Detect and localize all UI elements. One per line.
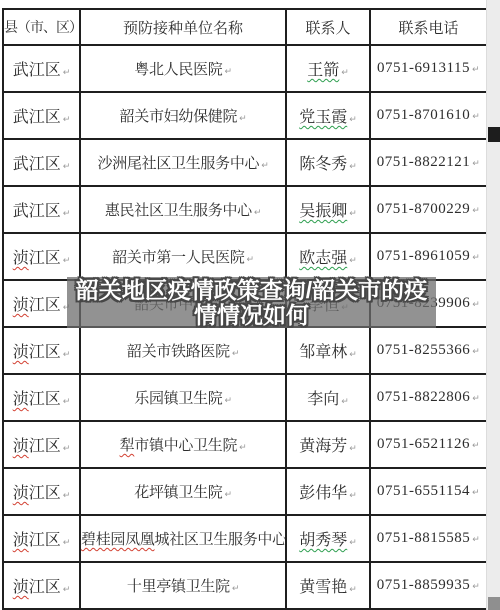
- cell-text: 0751-8815585: [377, 530, 471, 546]
- paragraph-mark-icon: ↵: [224, 490, 231, 500]
- paragraph-mark-icon: ↵: [63, 209, 71, 219]
- cell-text: 0751-6913115: [377, 60, 470, 76]
- paragraph-mark-icon: ↵: [349, 115, 357, 125]
- paragraph-mark-icon: ↵: [349, 209, 357, 219]
- cell-text: 王箭: [307, 62, 339, 79]
- cell-text: 陈冬秀: [299, 156, 347, 173]
- paragraph-mark-icon: ↵: [349, 585, 357, 595]
- spellcheck-squiggle: 王箭: [307, 62, 339, 79]
- phone-cell: 0751-8255366↵: [370, 327, 487, 374]
- paragraph-mark-icon: ↵: [472, 441, 480, 451]
- spellcheck-squiggle: 浈: [13, 438, 29, 455]
- paragraph-mark-icon: ↵: [63, 256, 71, 266]
- paragraph-mark-icon: ↵: [349, 444, 357, 454]
- table-row: 浈江区↵韶关市第一人民医院↵欧志强↵0751-8961059↵: [3, 233, 487, 280]
- unit-name-cell: 惠民社区卫生服务中心↵: [80, 186, 286, 233]
- table-row: 武江区↵韶关市妇幼保健院↵党玉霞↵0751-8701610↵: [3, 92, 487, 139]
- spellcheck-squiggle: 浈: [13, 485, 29, 502]
- paragraph-mark-icon: ↵: [63, 538, 71, 548]
- table-row: 浈江区↵花坪镇卫生院↵彭伟华↵0751-6551154↵: [3, 468, 487, 515]
- district-cell: 浈江区↵: [3, 374, 80, 421]
- paragraph-mark-icon: ↵: [63, 491, 71, 501]
- table-row: 武江区↵沙洲尾社区卫生服务中心↵陈冬秀↵0751-8822121↵: [3, 139, 487, 186]
- cell-text: 惠民社区卫生服务中心: [105, 203, 252, 219]
- cell-text: 彭伟华: [299, 485, 347, 502]
- header-unit-name: 预防接种单位名称: [80, 9, 286, 45]
- paragraph-mark-icon: ↵: [349, 256, 357, 266]
- cell-text: 花坪镇卫生院: [134, 485, 222, 501]
- cell-text: 浈江区: [13, 532, 61, 549]
- phone-cell: 0751-8822806↵: [370, 374, 487, 421]
- unit-name-cell: 粤北人民医院↵: [80, 45, 286, 92]
- table-row: 浈江区↵碧桂园凤凰城社区卫生服务中心↵胡秀琴↵0751-8815585↵: [3, 515, 487, 562]
- spellcheck-squiggle: 浈: [13, 344, 29, 361]
- spellcheck-squiggle: 浈: [13, 297, 29, 314]
- paragraph-mark-icon: ↵: [63, 115, 71, 125]
- cell-text: 黄雪艳: [299, 579, 347, 596]
- cell-text: 李向: [307, 391, 339, 408]
- paragraph-mark-icon: ↵: [239, 114, 246, 124]
- contact-cell: 李向↵: [286, 374, 370, 421]
- header-district: 县（市、区）: [3, 9, 80, 45]
- cell-text: 十里亭镇卫生院: [127, 579, 230, 595]
- spellcheck-squiggle: 浈: [13, 250, 29, 267]
- cell-text: 0751-8822806: [377, 389, 471, 405]
- header-phone: 联系电话: [370, 9, 487, 45]
- cell-text: 浈江区: [13, 438, 61, 455]
- phone-cell: 0751-8701610↵: [370, 92, 487, 139]
- district-cell: 武江区↵: [3, 92, 80, 139]
- paragraph-mark-icon: ↵: [472, 253, 480, 263]
- phone-cell: 0751-6521126↵: [370, 421, 487, 468]
- cell-text: 0751-8700229: [377, 201, 471, 217]
- paragraph-mark-icon: ↵: [472, 300, 480, 310]
- table-row: 浈江区↵十里亭镇卫生院↵黄雪艳↵0751-8859935↵: [3, 562, 487, 609]
- table-row: 浈江区↵犁市镇中心卫生院↵黄海芳↵0751-6521126↵: [3, 421, 487, 468]
- spellcheck-squiggle: 党玉霞: [299, 109, 347, 126]
- scrollbar-mark[interactable]: [488, 127, 500, 142]
- district-cell: 武江区↵: [3, 186, 80, 233]
- paragraph-mark-icon: ↵: [472, 582, 480, 592]
- cell-text: 邹章林: [299, 344, 347, 361]
- phone-cell: 0751-6913115↵: [370, 45, 487, 92]
- paragraph-mark-icon: ↵: [224, 396, 231, 406]
- cell-text: 0751-8701610: [377, 107, 471, 123]
- phone-cell: 0751-8859935↵: [370, 562, 487, 609]
- cell-text: 0751-6521126: [377, 436, 470, 452]
- contact-cell: 黄海芳↵: [286, 421, 370, 468]
- paragraph-mark-icon: ↵: [349, 162, 357, 172]
- paragraph-mark-icon: ↵: [63, 585, 71, 595]
- caption-line-1: 韶关地区疫情政策查询/韶关市的疫: [76, 278, 427, 303]
- phone-cell: 0751-8822121↵: [370, 139, 487, 186]
- spellcheck-squiggle: 吴振卿: [299, 203, 347, 220]
- phone-cell: 0751-8815585↵: [370, 515, 487, 562]
- spellcheck-squiggle: 浈: [13, 532, 29, 549]
- cell-text: 0751-8822121: [377, 154, 471, 170]
- cell-text: 武江区: [13, 156, 61, 173]
- cell-text: 武江区: [13, 62, 61, 79]
- paragraph-mark-icon: ↵: [224, 67, 231, 77]
- paragraph-mark-icon: ↵: [472, 394, 480, 404]
- cell-text: 韶关市妇幼保健院: [120, 109, 238, 125]
- contact-cell: 欧志强↵: [286, 233, 370, 280]
- cell-text: 0751-8961059: [377, 248, 471, 264]
- cell-text: 吴振卿: [299, 203, 347, 220]
- cell-text: 韶关市铁路医院: [127, 344, 230, 360]
- spellcheck-squiggle: 胡秀琴: [299, 532, 347, 549]
- table-row: 武江区↵粤北人民医院↵王箭↵0751-6913115↵: [3, 45, 487, 92]
- paragraph-mark-icon: ↵: [63, 397, 71, 407]
- paragraph-mark-icon: ↵: [341, 397, 349, 407]
- unit-name-cell: 韶关市铁路医院↵: [80, 327, 286, 374]
- paragraph-mark-icon: ↵: [349, 350, 357, 360]
- cell-text: 党玉霞: [299, 109, 347, 126]
- cell-text: 浈江区: [13, 485, 61, 502]
- scrollbar-track[interactable]: [486, 0, 500, 610]
- contact-cell: 邹章林↵: [286, 327, 370, 374]
- district-cell: 浈江区↵: [3, 515, 80, 562]
- district-cell: 武江区↵: [3, 45, 80, 92]
- unit-name-cell: 韶关市妇幼保健院↵: [80, 92, 286, 139]
- contact-cell: 党玉霞↵: [286, 92, 370, 139]
- paragraph-mark-icon: ↵: [349, 538, 357, 548]
- table-row: 浈江区↵韶关市铁路医院↵邹章林↵0751-8255366↵: [3, 327, 487, 374]
- unit-name-cell: 花坪镇卫生院↵: [80, 468, 286, 515]
- caption-overlay: 韶关地区疫情政策查询/韶关市的疫 情情况如何: [67, 277, 436, 328]
- spellcheck-squiggle: 欧志强: [299, 250, 347, 267]
- table-header-row: 县（市、区） 预防接种单位名称 联系人 联系电话: [3, 9, 487, 45]
- district-cell: 浈江区↵: [3, 421, 80, 468]
- cell-text: 0751-6551154: [377, 483, 470, 499]
- cell-text: 乐园镇卫生院: [134, 391, 222, 407]
- table-row: 武江区↵惠民社区卫生服务中心↵吴振卿↵0751-8700229↵: [3, 186, 487, 233]
- contact-cell: 黄雪艳↵: [286, 562, 370, 609]
- paragraph-mark-icon: ↵: [247, 255, 254, 265]
- unit-name-cell: 碧桂园凤凰城社区卫生服务中心↵: [80, 515, 286, 562]
- cell-text: 沙洲尾社区卫生服务中心: [98, 156, 260, 172]
- district-cell: 浈江区↵: [3, 327, 80, 374]
- unit-name-cell: 沙洲尾社区卫生服务中心↵: [80, 139, 286, 186]
- phone-cell: 0751-8961059↵: [370, 233, 487, 280]
- spellcheck-squiggle: 碧桂园凤凰: [81, 532, 155, 548]
- paragraph-mark-icon: ↵: [63, 162, 71, 172]
- cell-text: 0751-8859935: [377, 577, 471, 593]
- district-cell: 浈江区↵: [3, 468, 80, 515]
- paragraph-mark-icon: ↵: [341, 68, 349, 78]
- cell-text: 武江区: [13, 109, 61, 126]
- caption-line-2: 情情况如何: [194, 303, 309, 328]
- cell-text: 黄海芳: [299, 438, 347, 455]
- cell-text: 浈江区: [13, 391, 61, 408]
- paragraph-mark-icon: ↵: [472, 112, 480, 122]
- paragraph-mark-icon: ↵: [239, 443, 246, 453]
- cell-text: 胡秀琴: [299, 532, 347, 549]
- district-cell: 武江区↵: [3, 139, 80, 186]
- cell-text: 韶关市第一人民医院: [112, 250, 244, 266]
- document-page: 县（市、区） 预防接种单位名称 联系人 联系电话 武江区↵粤北人民医院↵王箭↵0…: [0, 0, 500, 610]
- district-cell: 浈江区↵: [3, 562, 80, 609]
- unit-name-cell: 韶关市第一人民医院↵: [80, 233, 286, 280]
- cell-text: 碧桂园凤凰城社区卫生服务中心: [81, 532, 286, 548]
- cell-text: 浈江区: [13, 250, 61, 267]
- paragraph-mark-icon: ↵: [472, 206, 480, 216]
- paragraph-mark-icon: ↵: [472, 535, 480, 545]
- cell-text: 0751-8255366: [377, 342, 471, 358]
- scrollbar-thumb[interactable]: [488, 597, 500, 610]
- paragraph-mark-icon: ↵: [63, 350, 71, 360]
- paragraph-mark-icon: ↵: [63, 444, 71, 454]
- table-row: 浈江区↵乐园镇卫生院↵李向↵0751-8822806↵: [3, 374, 487, 421]
- unit-name-cell: 乐园镇卫生院↵: [80, 374, 286, 421]
- paragraph-mark-icon: ↵: [63, 68, 71, 78]
- paragraph-mark-icon: ↵: [232, 584, 239, 594]
- paragraph-mark-icon: ↵: [232, 349, 239, 359]
- cell-text: 浈江区: [13, 344, 61, 361]
- contact-cell: 陈冬秀↵: [286, 139, 370, 186]
- contact-cell: 王箭↵: [286, 45, 370, 92]
- paragraph-mark-icon: ↵: [254, 208, 261, 218]
- paragraph-mark-icon: ↵: [261, 161, 268, 171]
- cell-text: 犁市镇中心卫生院: [120, 438, 238, 454]
- unit-name-cell: 十里亭镇卫生院↵: [80, 562, 286, 609]
- spellcheck-squiggle: 犁: [120, 438, 135, 454]
- paragraph-mark-icon: ↵: [349, 491, 357, 501]
- district-cell: 浈江区↵: [3, 233, 80, 280]
- paragraph-mark-icon: ↵: [472, 488, 480, 498]
- contact-cell: 彭伟华↵: [286, 468, 370, 515]
- header-contact: 联系人: [286, 9, 370, 45]
- contact-cell: 胡秀琴↵: [286, 515, 370, 562]
- paragraph-mark-icon: ↵: [472, 347, 480, 357]
- paragraph-mark-icon: ↵: [472, 65, 480, 75]
- cell-text: 浈江区: [13, 579, 61, 596]
- cell-text: 浈江区: [13, 297, 61, 314]
- cell-text: 粤北人民医院: [134, 62, 222, 78]
- paragraph-mark-icon: ↵: [472, 159, 480, 169]
- cell-text: 武江区: [13, 203, 61, 220]
- spellcheck-squiggle: 浈: [13, 391, 29, 408]
- spellcheck-squiggle: 浈: [13, 579, 29, 596]
- phone-cell: 0751-6551154↵: [370, 468, 487, 515]
- cell-text: 欧志强: [299, 250, 347, 267]
- phone-cell: 0751-8700229↵: [370, 186, 487, 233]
- unit-name-cell: 犁市镇中心卫生院↵: [80, 421, 286, 468]
- contact-cell: 吴振卿↵: [286, 186, 370, 233]
